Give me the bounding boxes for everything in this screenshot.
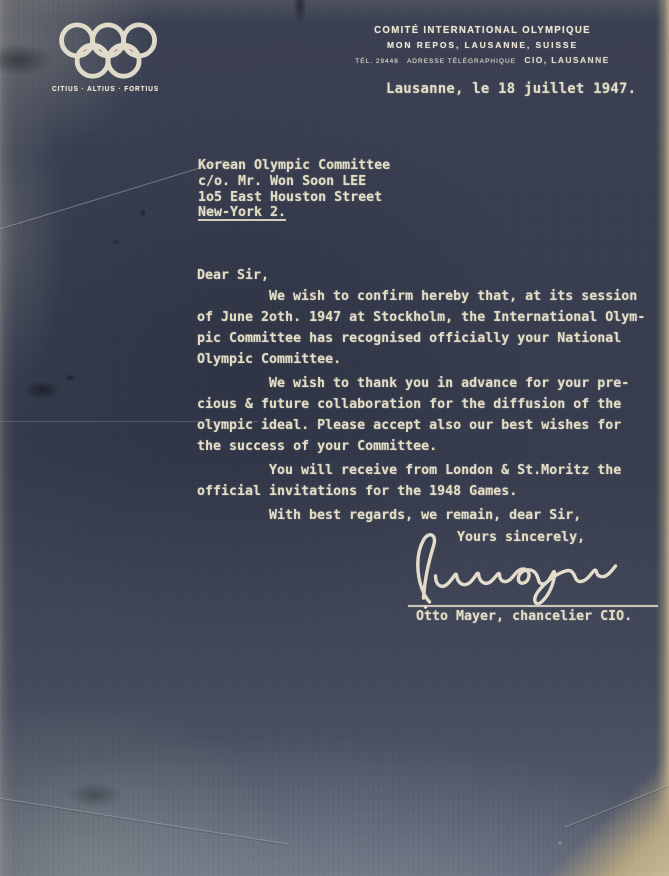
telegraph-label: ADRESSE TÉLÉGRAPHIQUE: [407, 58, 516, 65]
salutation: Dear Sir,: [197, 265, 649, 286]
body-line: the success of your Committee.: [197, 436, 649, 457]
recipient-address: Korean Olympic Committee c/o. Mr. Won So…: [198, 158, 390, 221]
body-line: official invitations for the 1948 Games.: [197, 481, 649, 502]
handwritten-signature: [396, 530, 634, 610]
letter-photo: CITIUS · ALTIUS · FORTIUS COMITÉ INTERNA…: [0, 0, 669, 876]
recipient-line: 1o5 East Houston Street: [198, 190, 390, 206]
olympic-motto: CITIUS · ALTIUS · FORTIUS: [52, 84, 164, 93]
org-address: MON REPOS, LAUSANNE, SUISSE: [330, 40, 635, 50]
body-line: With best regards, we remain, dear Sir,: [197, 505, 649, 526]
recipient-line: New-York 2.: [198, 205, 390, 221]
signature-rule: [408, 605, 658, 607]
body-line: You will receive from London & St.Moritz…: [197, 460, 649, 481]
letterhead-block: COMITÉ INTERNATIONAL OLYMPIQUE MON REPOS…: [330, 24, 635, 65]
recipient-line: c/o. Mr. Won Soon LEE: [198, 174, 390, 190]
dateline: Lausanne, le 18 juillet 1947.: [386, 81, 636, 97]
telegraph-address: CIO, LAUSANNE: [524, 55, 609, 65]
org-name: COMITÉ INTERNATIONAL OLYMPIQUE: [342, 24, 623, 36]
body-line: of June 2oth. 1947 at Stockholm, the Int…: [197, 307, 649, 328]
body-line: olympic ideal. Please accept also our be…: [197, 415, 649, 436]
body-line: cious & future collaboration for the dif…: [197, 394, 649, 415]
letter-body: Dear Sir, We wish to confirm hereby that…: [197, 265, 649, 548]
olympic-rings-logo: [57, 21, 165, 83]
telephone-label: TÉL. 29446: [355, 58, 399, 65]
body-line: We wish to thank you in advance for your…: [197, 373, 649, 394]
body-line: pic Committee has recognised officially …: [197, 328, 649, 349]
recipient-line: Korean Olympic Committee: [198, 158, 390, 174]
body-line: We wish to confirm hereby that, at its s…: [197, 286, 649, 307]
org-contact-line: TÉL. 29446 ADRESSE TÉLÉGRAPHIQUE CIO, LA…: [330, 55, 635, 65]
signatory-name: Otto Mayer, chancelier CIO.: [416, 609, 632, 624]
body-line: Olympic Committee.: [197, 349, 649, 370]
